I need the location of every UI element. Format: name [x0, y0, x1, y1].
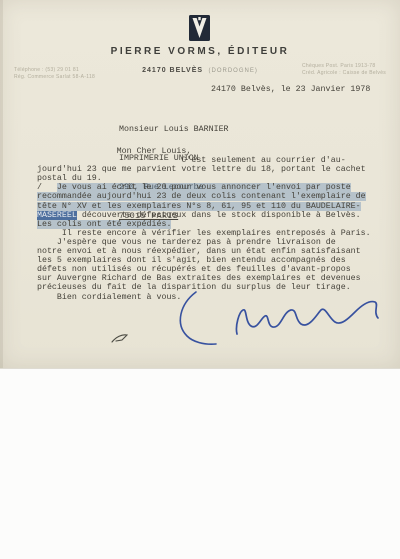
- letter-line: J'espère que vous ne tarderez pas à pren…: [37, 238, 371, 247]
- letter-paper: PIERRE VORMS, ÉDITEUR 24170 BELVÈS (DORD…: [0, 0, 400, 368]
- phone-info: Téléphone : (53) 29 01 81 Rég. Commerce …: [14, 67, 95, 81]
- letter-line: notre envoi et à nous réexpédier, dans u…: [37, 247, 371, 256]
- date-line: 24170 Belvès, le 23 Janvier 1978: [211, 85, 370, 94]
- letter-line: les 5 exemplaires dont il s'agit, bien e…: [37, 256, 371, 265]
- pv-monogram-icon: [189, 15, 210, 41]
- pen-mark-icon: [98, 328, 138, 348]
- letter-line: jourd'hui 23 que me parvient votre lettr…: [37, 165, 371, 174]
- letter-line: recommandée aujourd'hui 23 de deux colis…: [37, 192, 371, 201]
- phone-line: Téléphone : (53) 29 01 81: [14, 67, 95, 74]
- commerce-line: Rég. Commerce Sarlat 58-A-118: [14, 74, 95, 81]
- letter-line: Les colis ont été expédiés.: [37, 220, 371, 229]
- recipient-name: Monsieur Louis BARNIER: [119, 125, 229, 135]
- letter-line: défets non utilisés ou récupérés et des …: [37, 265, 371, 274]
- letter-line: Il reste encore à vérifier les exemplair…: [37, 229, 371, 238]
- cheques-line: Chèques Post. Paris 1913-78: [302, 63, 386, 70]
- bank-info: Chèques Post. Paris 1913-78 Créd. Agrico…: [302, 63, 386, 77]
- publisher-name: PIERRE VORMS, ÉDITEUR: [0, 46, 400, 57]
- signature-ink: [140, 282, 390, 357]
- letter-body: Mon Cher Louis, C'est seulement au courr…: [37, 147, 371, 302]
- letter-line: Mon Cher Louis,: [37, 147, 371, 156]
- publisher-region: (DORDOGNE): [209, 68, 258, 74]
- scanner-background: [0, 368, 400, 559]
- account-line: Créd. Agricole : Caisse de Belvès: [302, 70, 386, 77]
- letter-line: C'est seulement au courrier d'au-: [37, 156, 371, 165]
- letter-line: tête N° XV et les exemplaires N°s 8, 61,…: [37, 202, 371, 211]
- letter-line: MASEREEL découverts défectueux dans le s…: [37, 211, 371, 220]
- publisher-city: 24170 BELVÈS: [142, 67, 203, 74]
- letter-line: postal du 19.: [37, 174, 371, 183]
